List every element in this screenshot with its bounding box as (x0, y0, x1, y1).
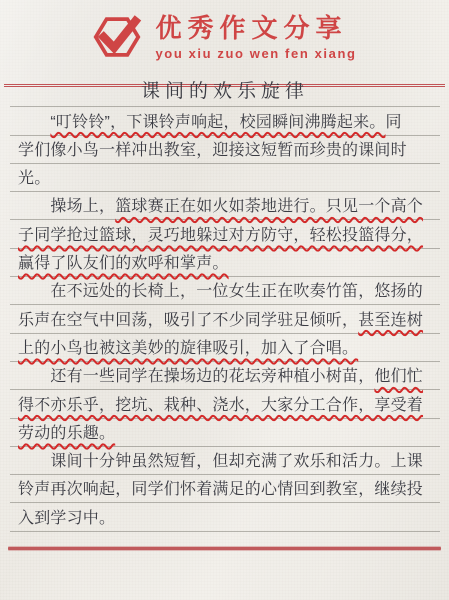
paper-page: 优秀作文分享 you xiu zuo wen fen xiang 课间的欢乐旋律… (0, 0, 449, 600)
essay-line: 子同学抢过篮球，灵巧地躲过对方防守，轻松投篮得分， (10, 220, 440, 248)
essay-title-line: 课间的欢乐旋律 (10, 79, 440, 107)
text-segment-underlined: 上的小鸟也被这美妙的旋律吸引，加入了合唱。 (18, 335, 358, 358)
text-segment: 操场上， (18, 193, 115, 216)
logo-title: 优秀作文分享 (155, 14, 347, 43)
essay-line: 铃声再次响起，同学们怀着满足的心情回到教室，继续投 (10, 475, 440, 503)
essay-line: 课间十分钟虽然短暂，但却充满了欢乐和活力。上课 (10, 447, 440, 475)
text-segment: 课间十分钟虽然短暂，但却充满了欢乐和活力。上课 (18, 448, 423, 471)
text-segment: 学们像小鸟一样冲出教室，迎接这短暂而珍贵的课间时 (18, 137, 407, 160)
text-segment: 同 (385, 109, 401, 132)
text-segment-underlined: 子同学抢过篮球，灵巧地躲过对方防守，轻松投篮得分， (18, 222, 423, 245)
text-segment (18, 109, 50, 132)
text-segment: 课间的欢乐旋律 (141, 76, 309, 103)
essay-line: 上的小鸟也被这美妙的旋律吸引，加入了合唱。 (10, 334, 440, 362)
essay-line: 学们像小鸟一样冲出教室，迎接这短暂而珍贵的课间时 (10, 136, 440, 164)
text-segment-underlined: “叮铃铃”，下课铃声响起，校园瞬间沸腾起来。 (50, 109, 385, 132)
text-segment: 乐声在空气中回荡，吸引了不少同学驻足倾听， (18, 307, 358, 330)
essay-line: 入到学习中。 (10, 503, 440, 531)
footer-divider (8, 547, 441, 550)
essay-line: 赢得了队友们的欢呼和掌声。 (10, 249, 440, 277)
text-segment: 在不远处的长椅上，一位女生正在吹奏竹笛，悠扬的 (18, 278, 423, 301)
essay-line: 在不远处的长椅上，一位女生正在吹奏竹笛，悠扬的 (10, 277, 440, 305)
text-segment-underlined: 赢得了队友们的欢呼和掌声。 (18, 250, 229, 273)
text-segment-underlined: 他们忙 (374, 363, 423, 386)
essay-lines: 课间的欢乐旋律 “叮铃铃”，下课铃声响起，校园瞬间沸腾起来。同学们像小鸟一样冲出… (10, 79, 440, 532)
essay-line: “叮铃铃”，下课铃声响起，校园瞬间沸腾起来。同 (10, 107, 440, 135)
text-segment-underlined: 劳动的乐趣。 (18, 420, 115, 443)
essay-line: 操场上，篮球赛正在如火如荼地进行。只见一个高个 (10, 192, 440, 220)
text-segment: 入到学习中。 (18, 505, 115, 528)
essay-line: 劳动的乐趣。 (10, 419, 440, 447)
essay-line: 还有一些同学在操场边的花坛旁种植小树苗，他们忙 (10, 362, 440, 390)
logo-pinyin: you xiu zuo wen fen xiang (155, 46, 356, 61)
essay-line: 光。 (10, 164, 440, 192)
text-segment-underlined: 得不亦乐乎，挖坑、栽种、浇水，大家分工合作，享受着 (18, 392, 423, 415)
hexagon-checkmark-icon (92, 14, 142, 60)
text-segment: 铃声再次响起，同学们怀着满足的心情回到教室，继续投 (18, 476, 423, 499)
logo-text-block: 优秀作文分享 you xiu zuo wen fen xiang (155, 14, 356, 61)
essay-line: 得不亦乐乎，挖坑、栽种、浇水，大家分工合作，享受着 (10, 390, 440, 418)
text-segment: 光。 (18, 165, 50, 188)
text-segment-underlined: 甚至连树 (358, 307, 423, 330)
essay-line: 乐声在空气中回荡，吸引了不少同学驻足倾听，甚至连树 (10, 305, 440, 333)
text-segment: 还有一些同学在操场边的花坛旁种植小树苗， (18, 363, 374, 386)
header: 优秀作文分享 you xiu zuo wen fen xiang (0, 14, 449, 61)
text-segment-underlined: 篮球赛正在如火如荼地进行。只见一个高个 (115, 193, 423, 216)
